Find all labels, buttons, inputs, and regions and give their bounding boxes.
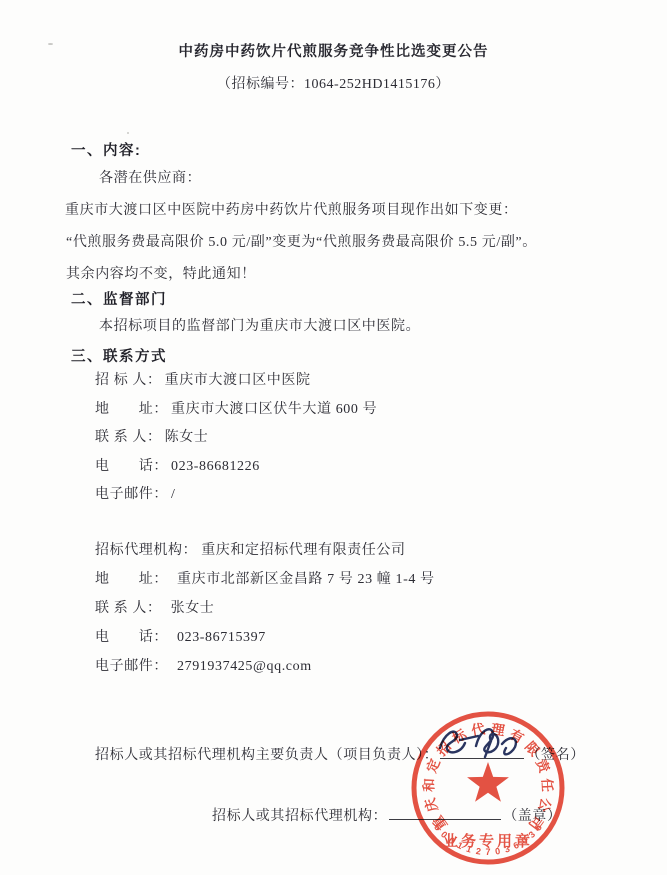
agency-contact-block: 招标代理机构： 重庆和定招标代理有限责任公司 地 址： 重庆市北部新区金昌路 7… (95, 543, 435, 675)
content-paragraph: 其余内容均不变，特此通知！ (66, 266, 256, 283)
contact-label: 地 址： (95, 572, 168, 588)
contact-value: 重庆市大渡口区中医院 (165, 373, 311, 389)
svg-text:定: 定 (423, 756, 443, 775)
contact-value: 重庆市北部新区金昌路 7 号 23 幢 1-4 号 (177, 572, 435, 588)
seal-star-icon (467, 762, 509, 802)
contact-label: 电 话： (95, 459, 168, 475)
contact-row: 地 址： 重庆市北部新区金昌路 7 号 23 幢 1-4 号 (95, 572, 435, 588)
scan-speck (127, 132, 129, 134)
contact-row: 电 话： 023-86681226 (95, 459, 377, 475)
section-heading-content: 一、内容: (71, 139, 141, 160)
contact-value: 023-86681226 (171, 459, 260, 475)
contact-label: 招标代理机构： (95, 543, 197, 559)
svg-text:7: 7 (485, 847, 490, 857)
contact-row: 电子邮件： / (95, 487, 377, 503)
svg-text:限: 限 (522, 739, 543, 759)
salutation: 各潜在供应商： (99, 170, 201, 187)
contact-value: 陈女士 (165, 430, 209, 446)
section-heading-supervision: 二、监督部门 (71, 288, 167, 309)
svg-text:和: 和 (420, 777, 437, 792)
svg-text:标: 标 (448, 725, 469, 746)
document-page: 中药房中药饮片代煎服务竞争性比选变更公告 （招标编号：1064-252HD141… (0, 0, 667, 875)
stamp-line-prefix: 招标人或其招标代理机构： (212, 805, 387, 825)
section-heading-contact: 三、联系方式 (71, 345, 167, 366)
tender-number: （招标编号：1064-252HD1415176） (0, 73, 667, 93)
contact-value: 2791937425@qq.com (177, 659, 312, 675)
contact-row: 联 系 人： 陈女士 (95, 430, 377, 446)
page-title: 中药房中药饮片代煎服务竞争性比选变更公告 (0, 40, 667, 61)
svg-text:代: 代 (470, 720, 486, 738)
contact-label: 联 系 人： (95, 430, 162, 446)
contact-label: 电子邮件： (95, 659, 168, 675)
contact-label: 电子邮件： (95, 487, 168, 503)
contact-value: 023-86715397 (177, 630, 266, 646)
contact-value: / (171, 487, 176, 503)
sign-line-prefix: 招标人或其招标代理机构主要负责人（项目负责人）： (95, 744, 438, 764)
contact-value: 张女士 (171, 601, 215, 617)
contact-row: 联 系 人： 张女士 (95, 601, 435, 617)
contact-value: 重庆市大渡口区伏牛大道 600 号 (171, 402, 377, 418)
svg-text:有: 有 (507, 726, 527, 747)
svg-text:任: 任 (539, 778, 556, 793)
contact-row: 招 标 人： 重庆市大渡口区中医院 (95, 373, 377, 389)
contact-label: 地 址： (95, 402, 168, 418)
svg-text:公: 公 (535, 796, 553, 814)
contact-row: 电子邮件： 2791937425@qq.com (95, 659, 435, 675)
svg-text:招: 招 (432, 738, 454, 760)
tenderer-contact-block: 招 标 人： 重庆市大渡口区中医院 地 址： 重庆市大渡口区伏牛大道 600 号… (95, 373, 377, 503)
svg-text:理: 理 (490, 721, 506, 738)
svg-text:责: 责 (533, 756, 553, 776)
contact-value: 重庆和定招标代理有限责任公司 (201, 543, 405, 559)
supervision-body: 本招标项目的监督部门为重庆市大渡口区中医院。 (99, 318, 420, 335)
contact-row: 电 话： 023-86715397 (95, 630, 435, 646)
content-paragraph: “代煎服务费最高限价 5.0 元/副”变更为“代煎服务费最高限价 5.5 元/副… (66, 234, 537, 251)
svg-text:2: 2 (475, 846, 481, 857)
contact-label: 招 标 人： (95, 373, 162, 389)
contact-label: 联 系 人： (95, 601, 162, 617)
contact-label: 电 话： (95, 630, 168, 646)
svg-text:庆: 庆 (421, 796, 440, 814)
content-paragraph: 重庆市大渡口区中医院中药房中药饮片代煎服务项目现作出如下变更： (65, 202, 518, 219)
contact-row: 招标代理机构： 重庆和定招标代理有限责任公司 (95, 543, 435, 559)
company-seal: 业务专用章 重庆和定招标代理有限责任公司 5001127036035 (406, 706, 570, 870)
contact-row: 地 址： 重庆市大渡口区伏牛大道 600 号 (95, 402, 377, 418)
